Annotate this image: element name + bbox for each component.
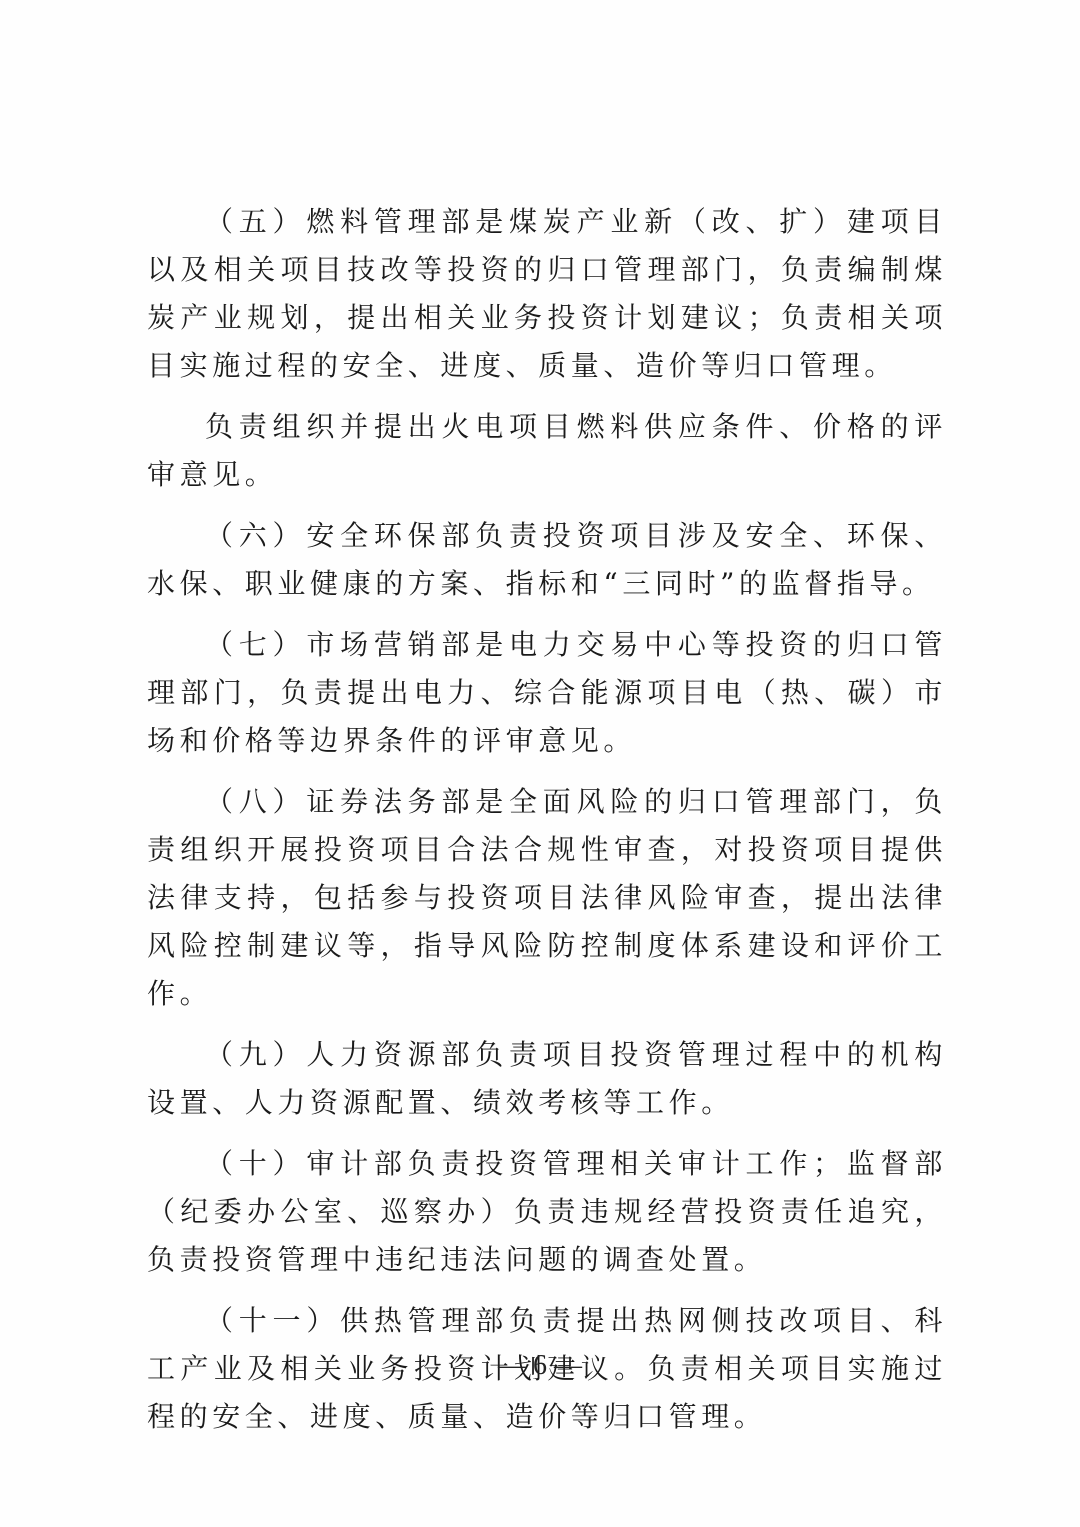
paragraph-safety-environment: （六）安全环保部负责投资项目涉及安全、环保、水保、职业健康的方案、指标和“三同时…	[147, 512, 947, 608]
paragraph-fuel-supply-review: 负责组织并提出火电项目燃料供应条件、价格的评审意见。	[147, 403, 947, 499]
paragraph-fuel-management: （五）燃料管理部是煤炭产业新（改、扩）建项目以及相关项目技改等投资的归口管理部门…	[147, 198, 947, 390]
paragraph-securities-legal: （八）证券法务部是全面风险的归口管理部门，负责组织开展投资项目合法合规性审查，对…	[147, 778, 947, 1018]
page-number: — 6 —	[0, 1350, 1080, 1382]
document-page: （五）燃料管理部是煤炭产业新（改、扩）建项目以及相关项目技改等投资的归口管理部门…	[0, 0, 1080, 1527]
paragraph-marketing: （七）市场营销部是电力交易中心等投资的归口管理部门，负责提出电力、综合能源项目电…	[147, 621, 947, 765]
paragraph-human-resources: （九）人力资源部负责项目投资管理过程中的机构设置、人力资源配置、绩效考核等工作。	[147, 1031, 947, 1127]
body-text: （五）燃料管理部是煤炭产业新（改、扩）建项目以及相关项目技改等投资的归口管理部门…	[147, 198, 947, 1454]
paragraph-audit-supervision: （十）审计部负责投资管理相关审计工作；监督部（纪委办公室、巡察办）负责违规经营投…	[147, 1140, 947, 1284]
